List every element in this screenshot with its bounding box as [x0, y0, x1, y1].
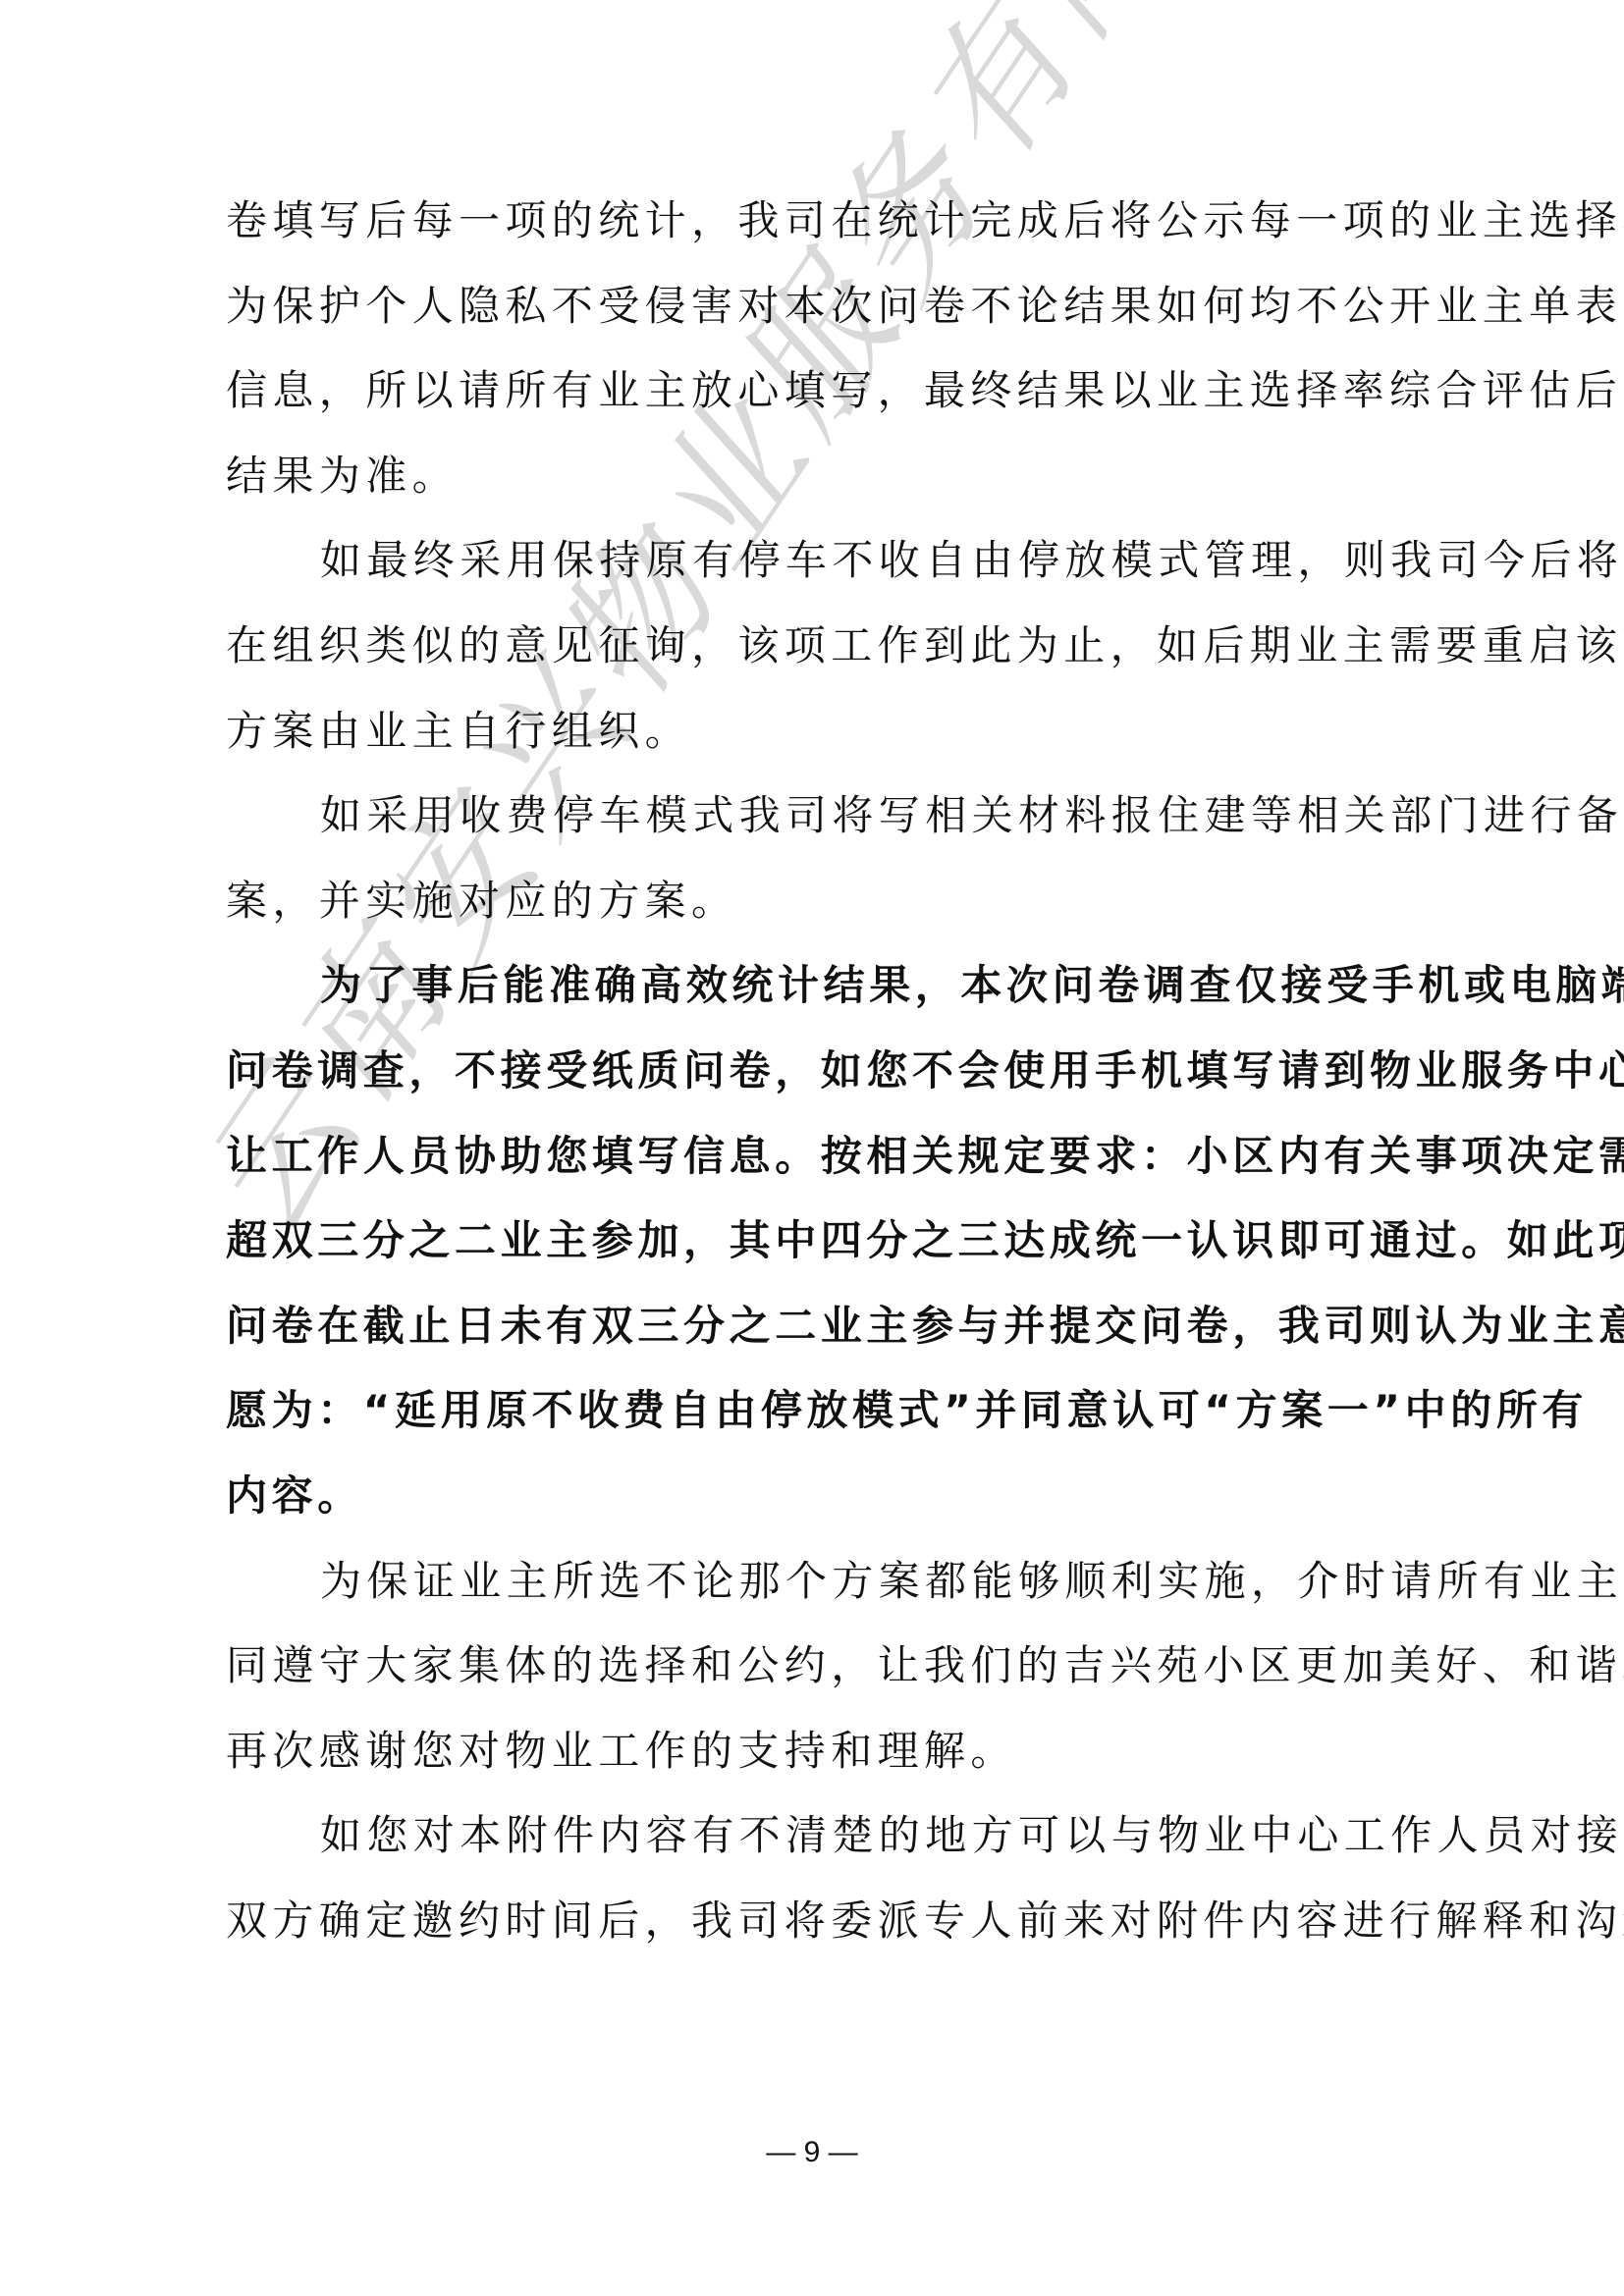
text-line: 如最终采用保持原有停车不收自由停放模式管理，则我司今后将不 — [226, 518, 1420, 604]
text-line: 为保护个人隐私不受侵害对本次问卷不论结果如何均不公开业主单表 — [226, 264, 1420, 349]
text-line: 内容。 — [226, 1454, 1420, 1539]
page-number: — 9 — — [0, 2136, 1624, 2169]
paragraph-survey-rules-bold: 为了事后能准确高效统计结果，本次问卷调查仅接受手机或电脑端 问卷调查，不接受纸质… — [226, 943, 1420, 1538]
text-line: 为保证业主所选不论那个方案都能够顺利实施，介时请所有业主共 — [226, 1539, 1420, 1625]
text-line: 如采用收费停车模式我司将写相关材料报住建等相关部门进行备 — [226, 774, 1420, 859]
text-line: 问卷调查，不接受纸质问卷，如您不会使用手机填写请到物业服务中心 — [226, 1029, 1420, 1114]
text-line: 卷填写后每一项的统计，我司在统计完成后将公示每一项的业主选择率， — [226, 179, 1420, 264]
paragraph-paid-parking-outcome: 如采用收费停车模式我司将写相关材料报住建等相关部门进行备 案，并实施对应的方案。 — [226, 774, 1420, 943]
paragraph-compliance-thanks: 为保证业主所选不论那个方案都能够顺利实施，介时请所有业主共 同遵守大家集体的选择… — [226, 1539, 1420, 1794]
body-text: 卷填写后每一项的统计，我司在统计完成后将公示每一项的业主选择率， 为保护个人隐私… — [226, 179, 1420, 1963]
text-line: 为了事后能准确高效统计结果，本次问卷调查仅接受手机或电脑端 — [226, 943, 1420, 1029]
paragraph-privacy-statistics: 卷填写后每一项的统计，我司在统计完成后将公示每一项的业主选择率， 为保护个人隐私… — [226, 179, 1420, 518]
text-line: 如您对本附件内容有不清楚的地方可以与物业中心工作人员对接， — [226, 1793, 1420, 1879]
text-line: 愿为：“延用原不收费自由停放模式”并同意认可“方案一”中的所有 — [226, 1368, 1420, 1454]
paragraph-contact-info: 如您对本附件内容有不清楚的地方可以与物业中心工作人员对接， 双方确定邀约时间后，… — [226, 1793, 1420, 1963]
text-line: 让工作人员协助您填写信息。按相关规定要求：小区内有关事项决定需 — [226, 1114, 1420, 1200]
text-line: 方案由业主自行组织。 — [226, 689, 1420, 774]
text-line: 信息，所以请所有业主放心填写，最终结果以业主选择率综合评估后的 — [226, 348, 1420, 434]
text-line: 同遵守大家集体的选择和公约，让我们的吉兴苑小区更加美好、和谐。 — [226, 1624, 1420, 1709]
text-line: 再次感谢您对物业工作的支持和理解。 — [226, 1709, 1420, 1794]
text-line: 在组织类似的意见征询，该项工作到此为止，如后期业主需要重启该项 — [226, 604, 1420, 689]
document-page: 云南安兴物业服务有限公司 卷填写后每一项的统计，我司在统计完成后将公示每一项的业… — [0, 0, 1624, 2296]
paragraph-free-parking-outcome: 如最终采用保持原有停车不收自由停放模式管理，则我司今后将不 在组织类似的意见征询… — [226, 518, 1420, 774]
text-line: 结果为准。 — [226, 434, 1420, 519]
text-line: 超双三分之二业主参加，其中四分之三达成统一认识即可通过。如此项 — [226, 1199, 1420, 1284]
text-line: 案，并实施对应的方案。 — [226, 859, 1420, 944]
text-line: 双方确定邀约时间后，我司将委派专人前来对附件内容进行解释和沟通。 — [226, 1879, 1420, 1964]
text-line: 问卷在截止日未有双三分之二业主参与并提交问卷，我司则认为业主意 — [226, 1284, 1420, 1369]
